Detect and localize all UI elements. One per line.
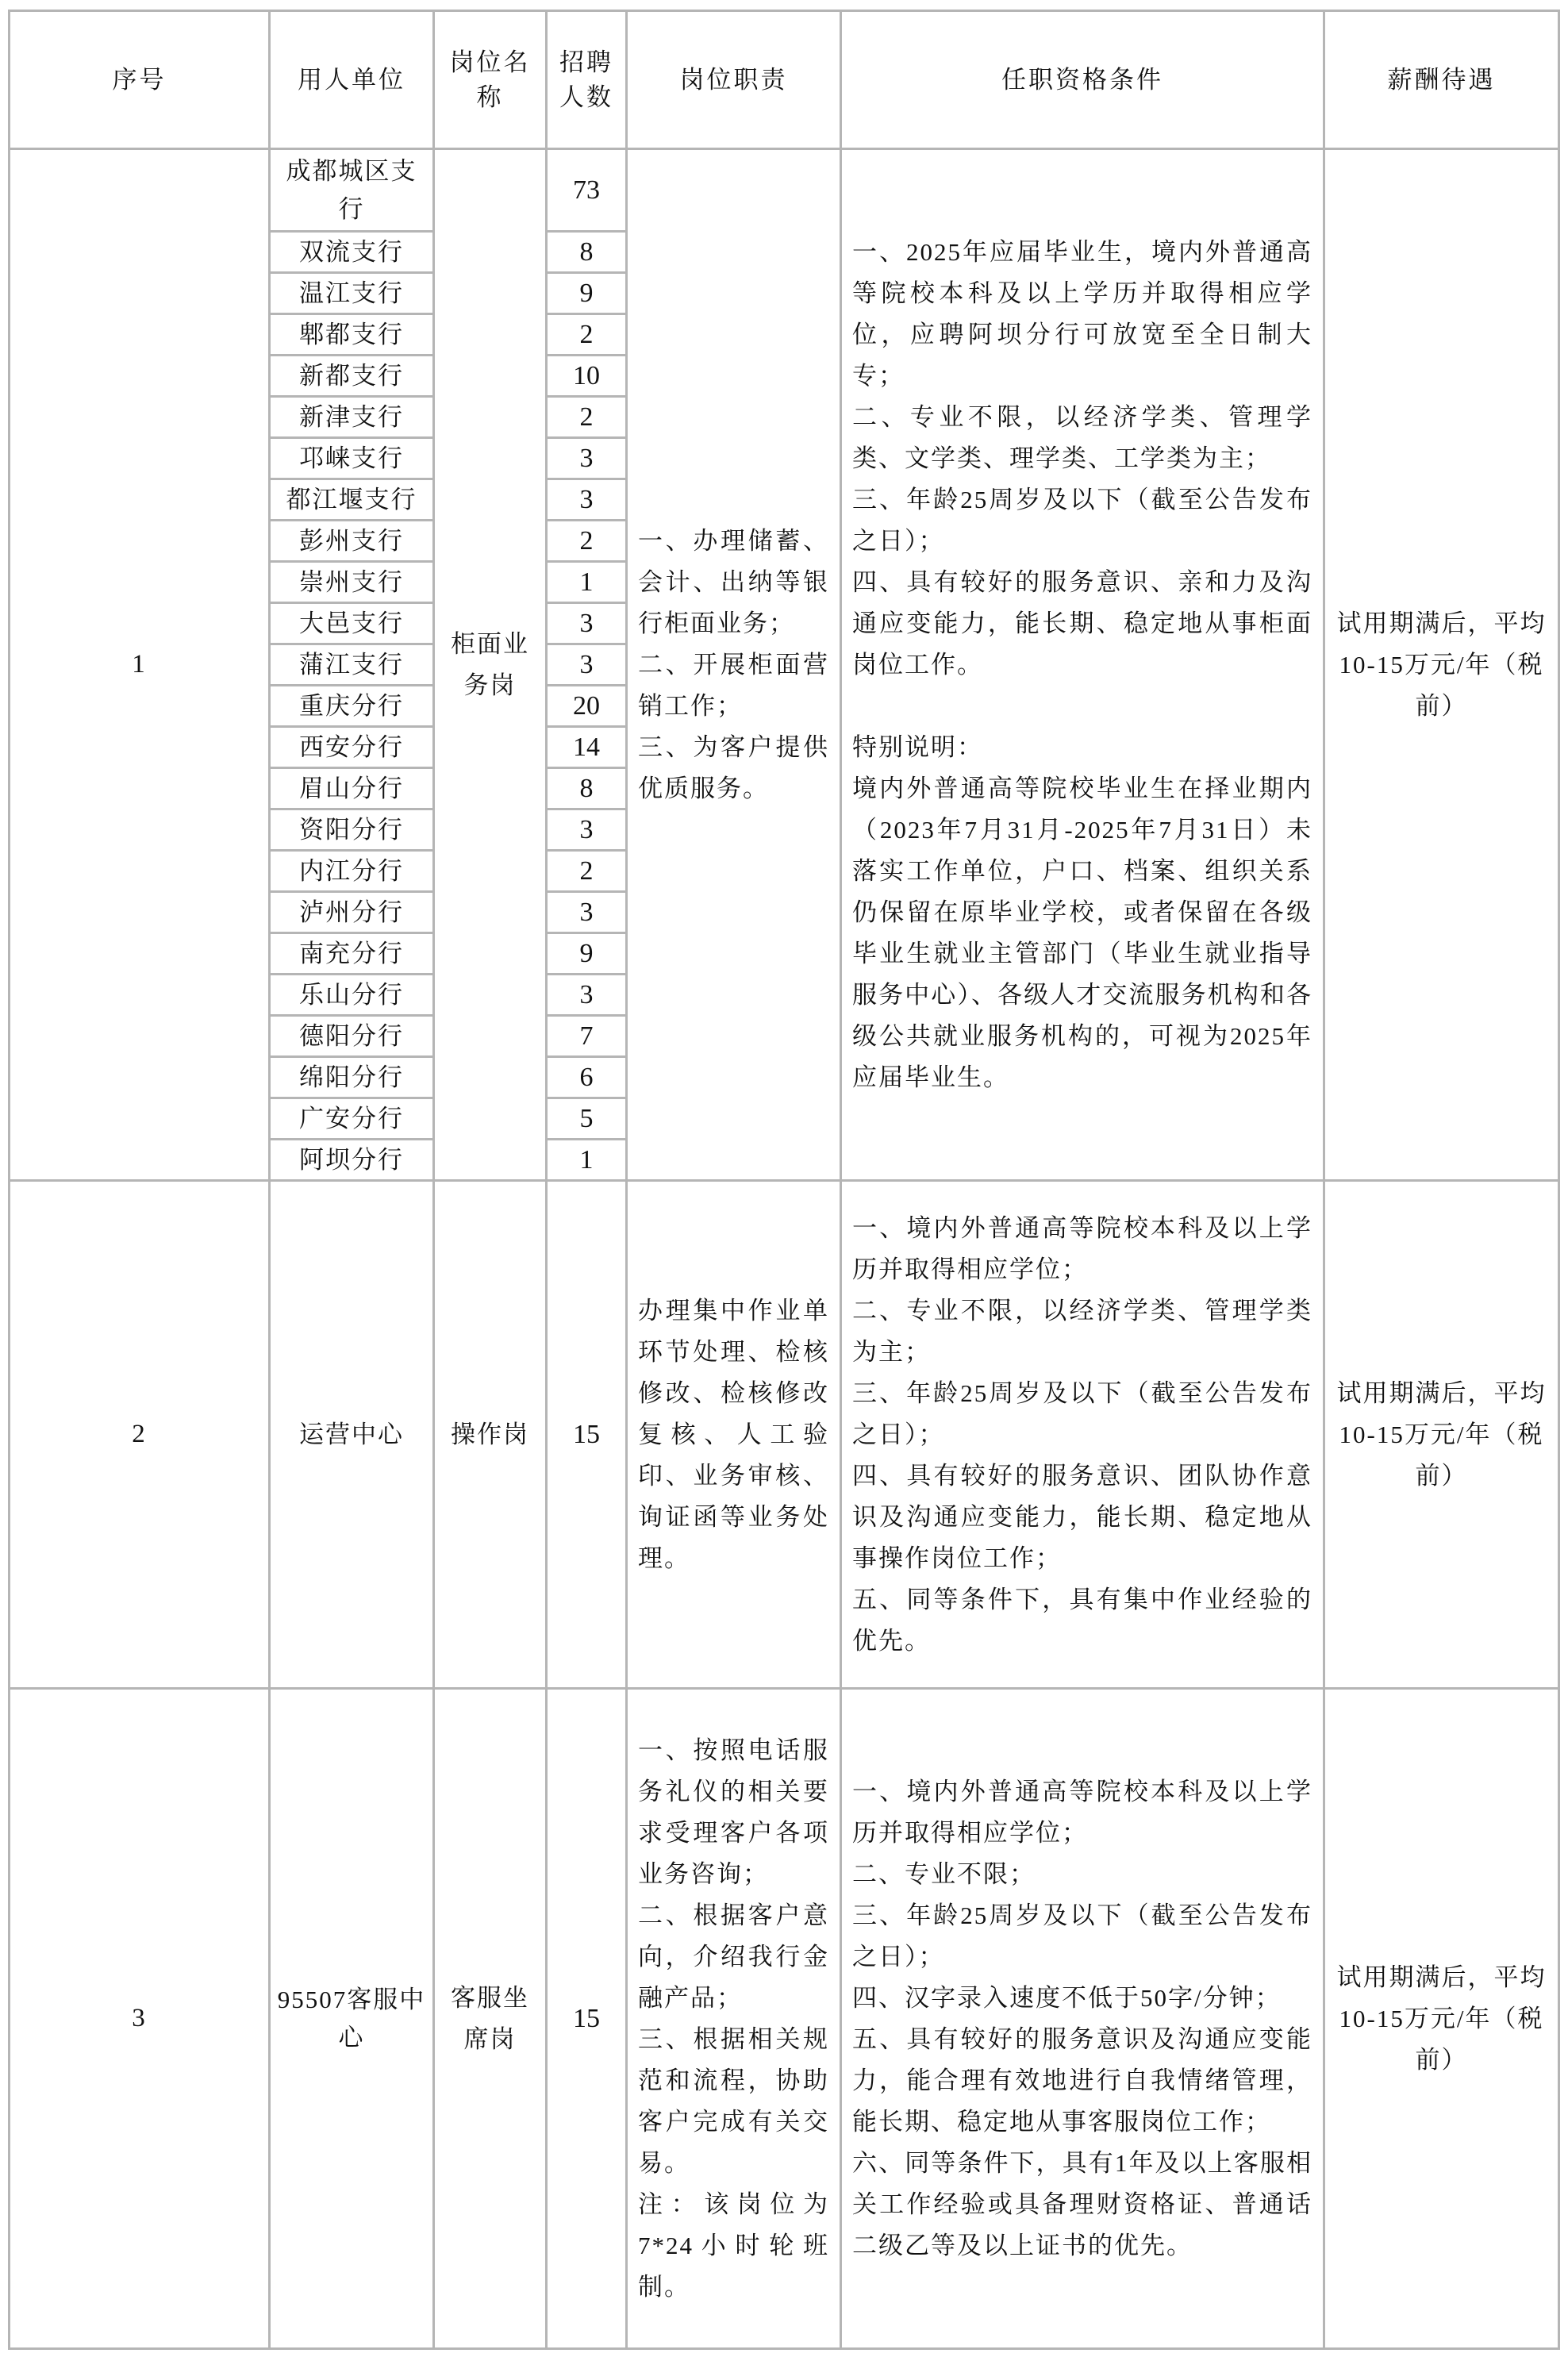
branch-count-cell: 2 [547,314,627,356]
branch-count-cell: 5 [547,1098,627,1140]
table-row-2: 2 运营中心 操作岗 15 办理集中作业单环节处理、检核修改、检核修改复核、人工… [10,1181,1559,1689]
employer-cell: 95507客服中心 [270,1689,434,2349]
branch-name-cell: 南充分行 [270,933,434,975]
branch-count-cell: 3 [547,644,627,686]
branch-name-cell: 资阳分行 [270,809,434,851]
header-cell-position: 岗位名称 [434,11,547,149]
branch-name-cell: 大邑支行 [270,603,434,644]
row-number-cell: 3 [10,1689,270,2349]
branch-count-cell: 9 [547,933,627,975]
branch-count-cell: 1 [547,1140,627,1181]
branch-count-cell: 10 [547,356,627,397]
table-header-row: 序号 用人单位 岗位名称 招聘人数 岗位职责 任职资格条件 薪酬待遇 [10,11,1559,149]
branch-name-cell: 阿坝分行 [270,1140,434,1181]
branch-name-cell: 郫都支行 [270,314,434,356]
branch-name-cell: 蒲江支行 [270,644,434,686]
branch-name-cell: 崇州支行 [270,562,434,603]
branch-name-cell: 新津支行 [270,397,434,438]
duty-cell: 一、办理储蓄、会计、出纳等银行柜面业务； 二、开展柜面营销工作； 三、为客户提供… [627,149,841,1181]
row-number-cell: 2 [10,1181,270,1689]
branch-count-cell: 8 [547,232,627,273]
branch-name-cell: 双流支行 [270,232,434,273]
salary-cell: 试用期满后，平均10-15万元/年（税前） [1324,1689,1559,2349]
position-name-cell: 操作岗 [434,1181,547,1689]
branch-count-cell: 3 [547,603,627,644]
branch-count-cell: 7 [547,1016,627,1057]
duty-cell: 一、按照电话服务礼仪的相关要求受理客户各项业务咨询； 二、根据客户意向，介绍我行… [627,1689,841,2349]
branch-count-cell: 1 [547,562,627,603]
branch-name-cell: 德阳分行 [270,1016,434,1057]
duty-cell: 办理集中作业单环节处理、检核修改、检核修改复核、人工验印、业务审核、询证函等业务… [627,1181,841,1689]
qualification-cell: 一、境内外普通高等院校本科及以上学历并取得相应学位； 二、专业不限，以经济学类、… [841,1181,1324,1689]
header-cell-duty: 岗位职责 [627,11,841,149]
salary-cell: 试用期满后，平均10-15万元/年（税前） [1324,149,1559,1181]
branch-count-cell: 14 [547,727,627,768]
recruit-count-cell: 15 [547,1181,627,1689]
branch-name-cell: 新都支行 [270,356,434,397]
header-cell-no: 序号 [10,11,270,149]
branch-name-cell: 绵阳分行 [270,1057,434,1098]
branch-name-cell: 泸州分行 [270,892,434,933]
branch-name-cell: 内江分行 [270,851,434,892]
header-cell-qualification: 任职资格条件 [841,11,1324,149]
branch-name-cell: 成都城区支行 [270,149,434,232]
position-name-cell: 柜面业务岗 [434,149,547,1181]
branch-name-cell: 眉山分行 [270,768,434,809]
employer-cell: 运营中心 [270,1181,434,1689]
qualification-cell: 一、2025年应届毕业生，境内外普通高等院校本科及以上学历并取得相应学位，应聘阿… [841,149,1324,1181]
table-row-3: 3 95507客服中心 客服坐席岗 15 一、按照电话服务礼仪的相关要求受理客户… [10,1689,1559,2349]
branch-name-cell: 西安分行 [270,727,434,768]
branch-count-cell: 3 [547,479,627,521]
header-cell-employer: 用人单位 [270,11,434,149]
branch-count-cell: 20 [547,686,627,727]
salary-cell: 试用期满后，平均10-15万元/年（税前） [1324,1181,1559,1689]
recruit-count-cell: 15 [547,1689,627,2349]
position-name-cell: 客服坐席岗 [434,1689,547,2349]
branch-name-cell: 都江堰支行 [270,479,434,521]
qualification-cell: 一、境内外普通高等院校本科及以上学历并取得相应学位； 二、专业不限； 三、年龄2… [841,1689,1324,2349]
branch-count-cell: 3 [547,809,627,851]
branch-count-cell: 2 [547,397,627,438]
branch-name-cell: 重庆分行 [270,686,434,727]
branch-count-cell: 3 [547,438,627,479]
branch-name-cell: 彭州支行 [270,521,434,562]
branch-count-cell: 9 [547,273,627,314]
branch-name-cell: 乐山分行 [270,975,434,1016]
branch-count-cell: 2 [547,521,627,562]
branch-name-cell: 广安分行 [270,1098,434,1140]
header-cell-salary: 薪酬待遇 [1324,11,1559,149]
branch-count-cell: 2 [547,851,627,892]
branch-name-cell: 邛崃支行 [270,438,434,479]
branch-name-cell: 温江支行 [270,273,434,314]
branch-count-cell: 3 [547,892,627,933]
branch-count-cell: 73 [547,149,627,232]
row-number-cell: 1 [10,149,270,1181]
branch-count-cell: 3 [547,975,627,1016]
branch-count-cell: 6 [547,1057,627,1098]
recruitment-table: 序号 用人单位 岗位名称 招聘人数 岗位职责 任职资格条件 薪酬待遇 1 成都城… [8,10,1560,2350]
branch-count-cell: 8 [547,768,627,809]
header-cell-count: 招聘人数 [547,11,627,149]
table-row-1-branch-0: 1 成都城区支行 柜面业务岗 73 一、办理储蓄、会计、出纳等银行柜面业务； 二… [10,149,1559,232]
